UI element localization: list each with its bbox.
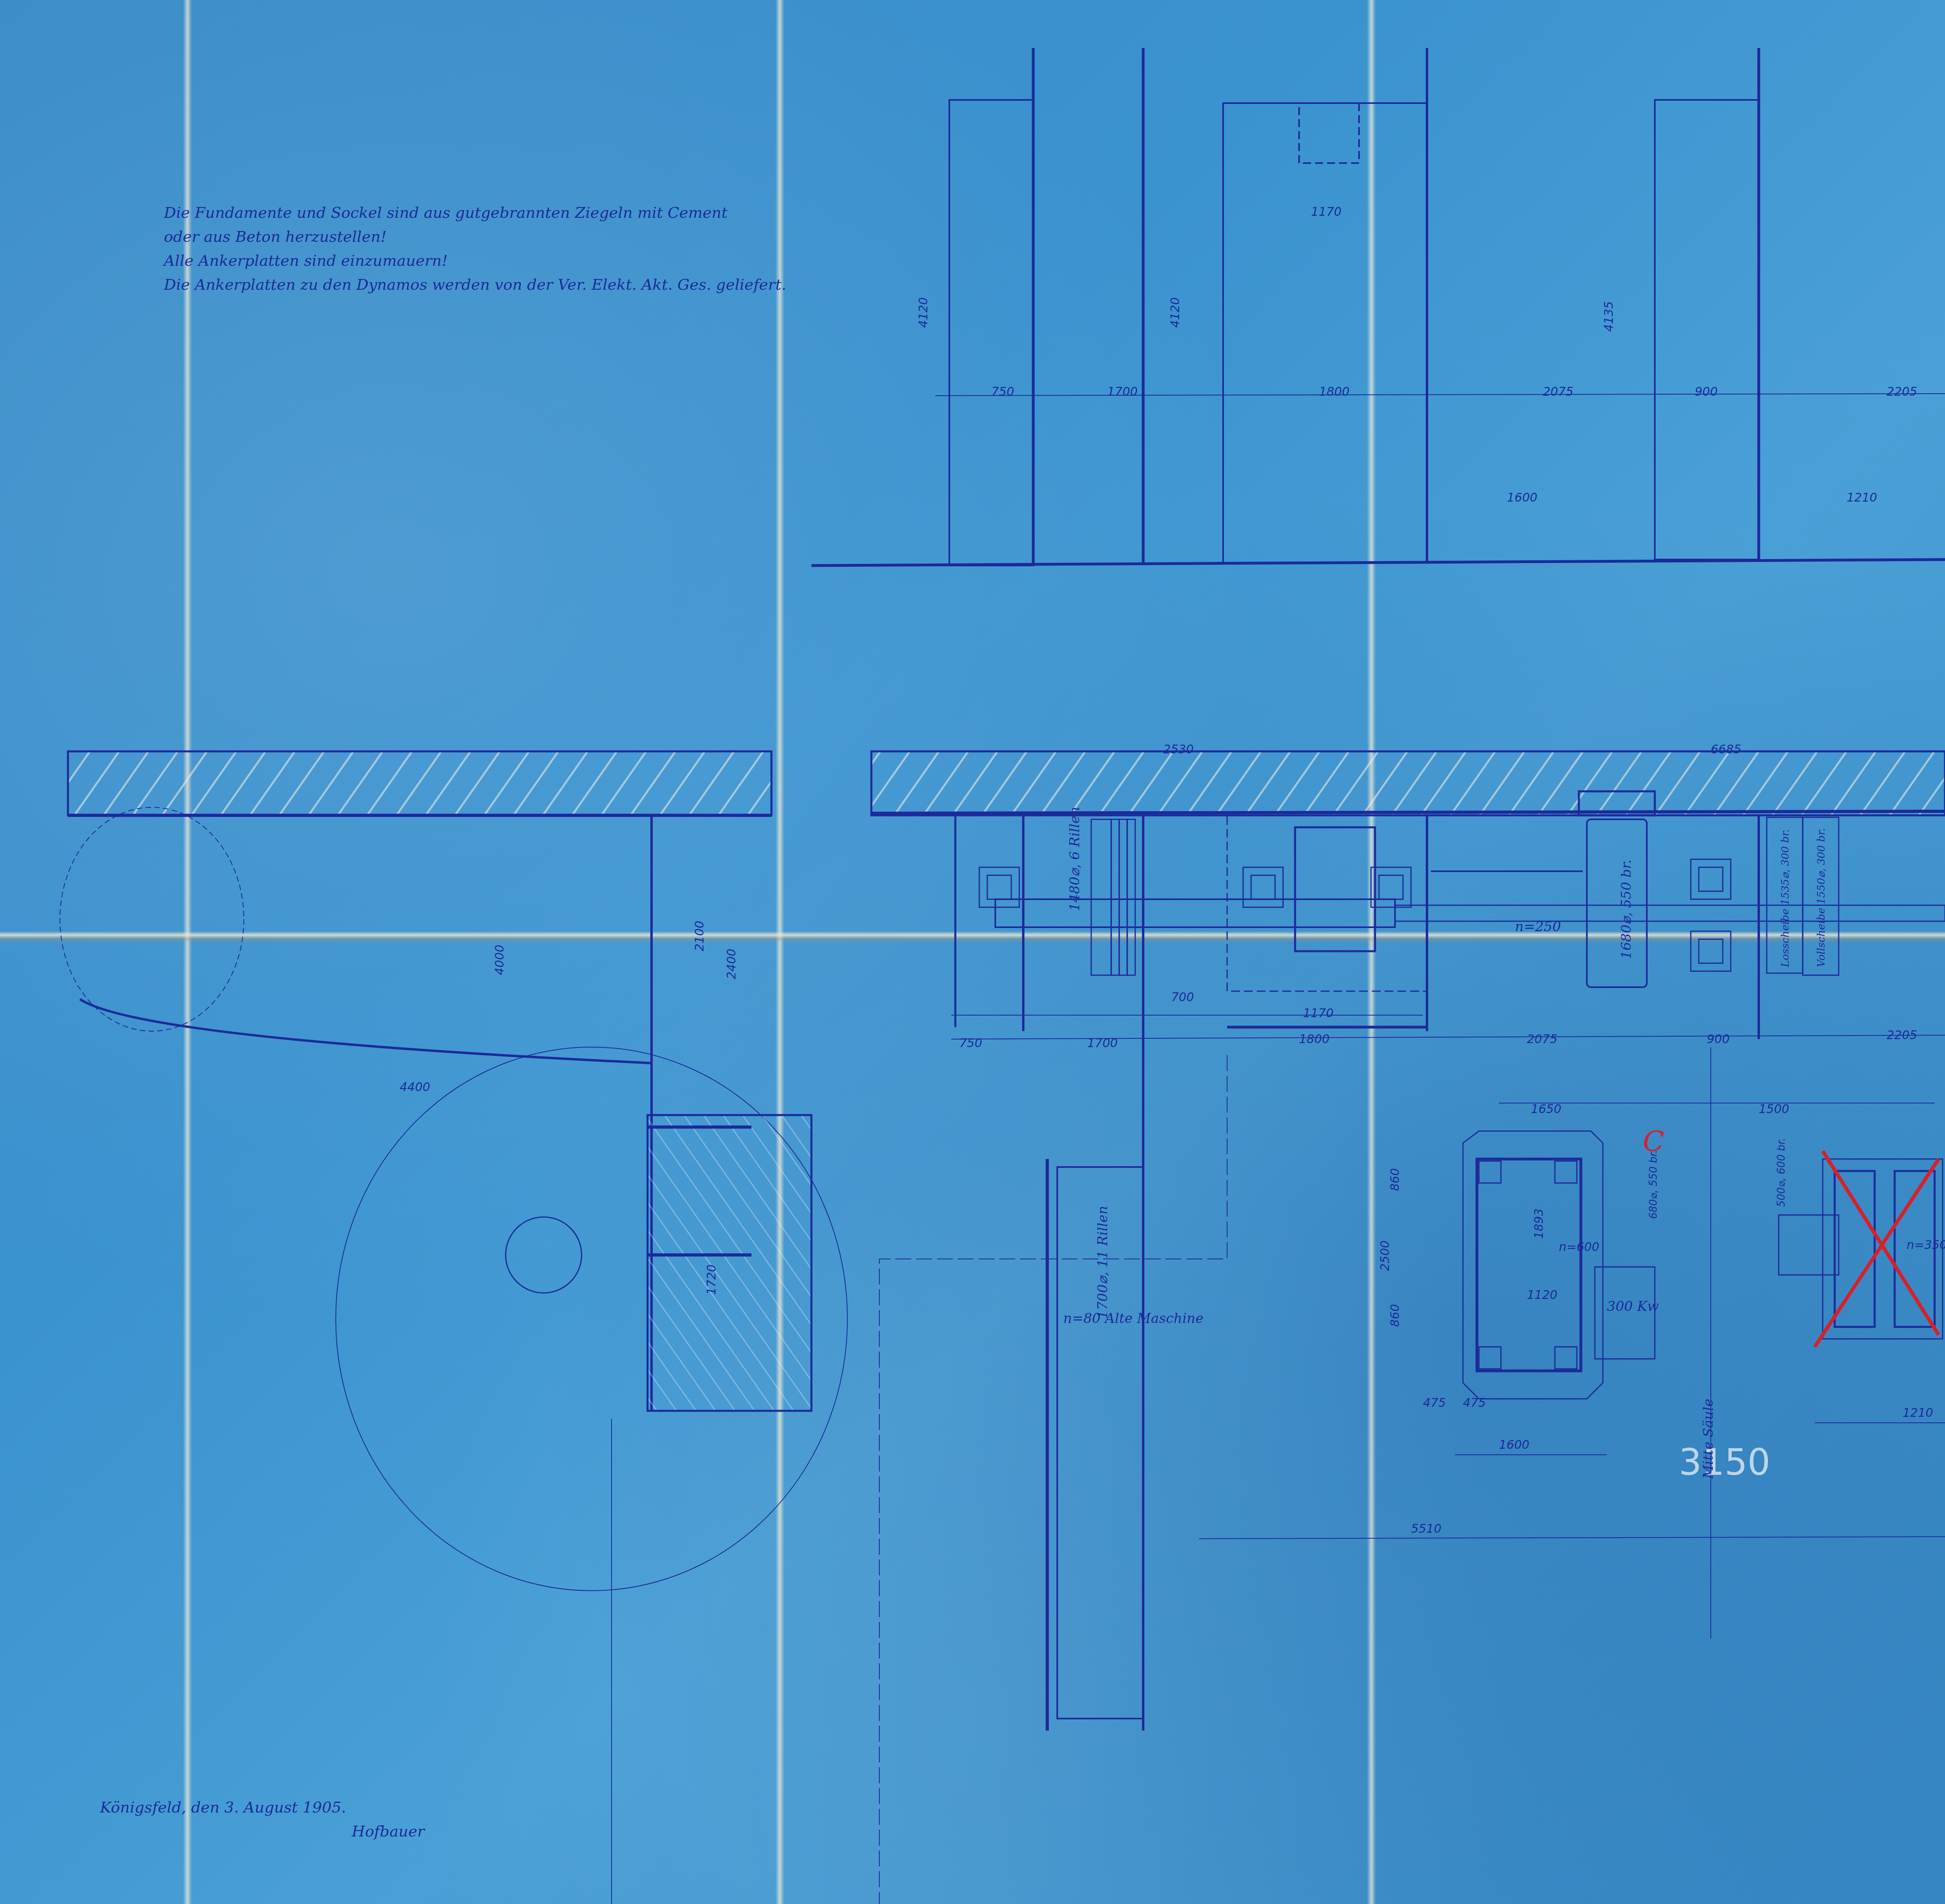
center-line-label: Mitte Säule [1700,1399,1716,1479]
dim: 750 [959,1036,982,1050]
dim: 2530 [1163,743,1194,757]
dim: 1210 [1847,491,1877,505]
dim: 4135 [1602,301,1616,332]
dim: 4400 [400,1080,430,1094]
dim: 5510 [1411,1522,1441,1536]
blueprint-sheet: Die Fundamente und Sockel sind aus gutge… [0,0,1945,1904]
red-mark-c: C [1643,1125,1664,1158]
dim: 4000 [493,945,507,975]
dim: 680⌀, 550 br. [1648,1150,1660,1219]
flywheel-label: 1480⌀, 6 Rillen [1067,807,1083,911]
dim: 475 [1423,1396,1446,1410]
dim: 4120 [1168,297,1182,328]
dim: 860 [1388,1304,1402,1327]
dim: 1170 [1303,1006,1333,1020]
dim: 1800 [1299,1032,1329,1046]
foundation-plan: 3150 4120 750 1700 1800 2075 900 2205 41… [0,0,1945,1904]
dim: 1720 [705,1265,719,1295]
fixed-pulley-label: Vollscheibe 1550⌀, 300 br. [1815,828,1827,967]
dim: 700 [1171,990,1194,1004]
dim: 860 [1388,1168,1402,1191]
dim: 2075 [1527,1032,1557,1046]
dim: 6685 [1711,743,1741,757]
speed-label: n=250 [1515,919,1561,935]
dim: 1893 [1532,1209,1546,1239]
dim: 1800 [1319,385,1349,399]
loose-pulley-label: Losscheibe 1535⌀, 300 br. [1780,829,1792,968]
dynamo-speed: n=600 [1559,1240,1599,1254]
dim: 4120 [917,297,931,328]
dim: 1170 [1311,205,1341,219]
dim: 2205 [1887,1028,1917,1042]
dim: 1700 [1087,1036,1118,1050]
dim: 1600 [1499,1438,1529,1452]
chalk-mark: 3150 [1679,1442,1770,1484]
dim: 900 [1707,1032,1730,1046]
dynamo-power: 300 Kw [1607,1299,1659,1314]
dim: n=350 [1907,1238,1945,1252]
dim: 2500 [1378,1241,1392,1271]
dim: 1120 [1527,1288,1557,1302]
dim: 1500 [1759,1102,1789,1116]
old-machine-label: n=80 Alte Maschine [1063,1310,1204,1326]
dim: 900 [1695,385,1718,399]
dim: 2400 [725,949,739,979]
dim: 1210 [1903,1406,1933,1420]
dim: 1650 [1531,1102,1561,1116]
dim: 500⌀, 600 br. [1776,1138,1788,1207]
dim: 1600 [1507,491,1537,505]
pulley-label: 1680⌀, 550 br. [1618,860,1634,959]
dim: 475 [1463,1396,1486,1410]
dim: 750 [991,385,1014,399]
dim: 2205 [1887,385,1917,399]
dim: 2100 [693,921,707,951]
dim: 2075 [1543,385,1573,399]
dim: 1700 [1107,385,1138,399]
old-machine-belt-label: 1700⌀, 11 Rillen [1095,1206,1111,1319]
